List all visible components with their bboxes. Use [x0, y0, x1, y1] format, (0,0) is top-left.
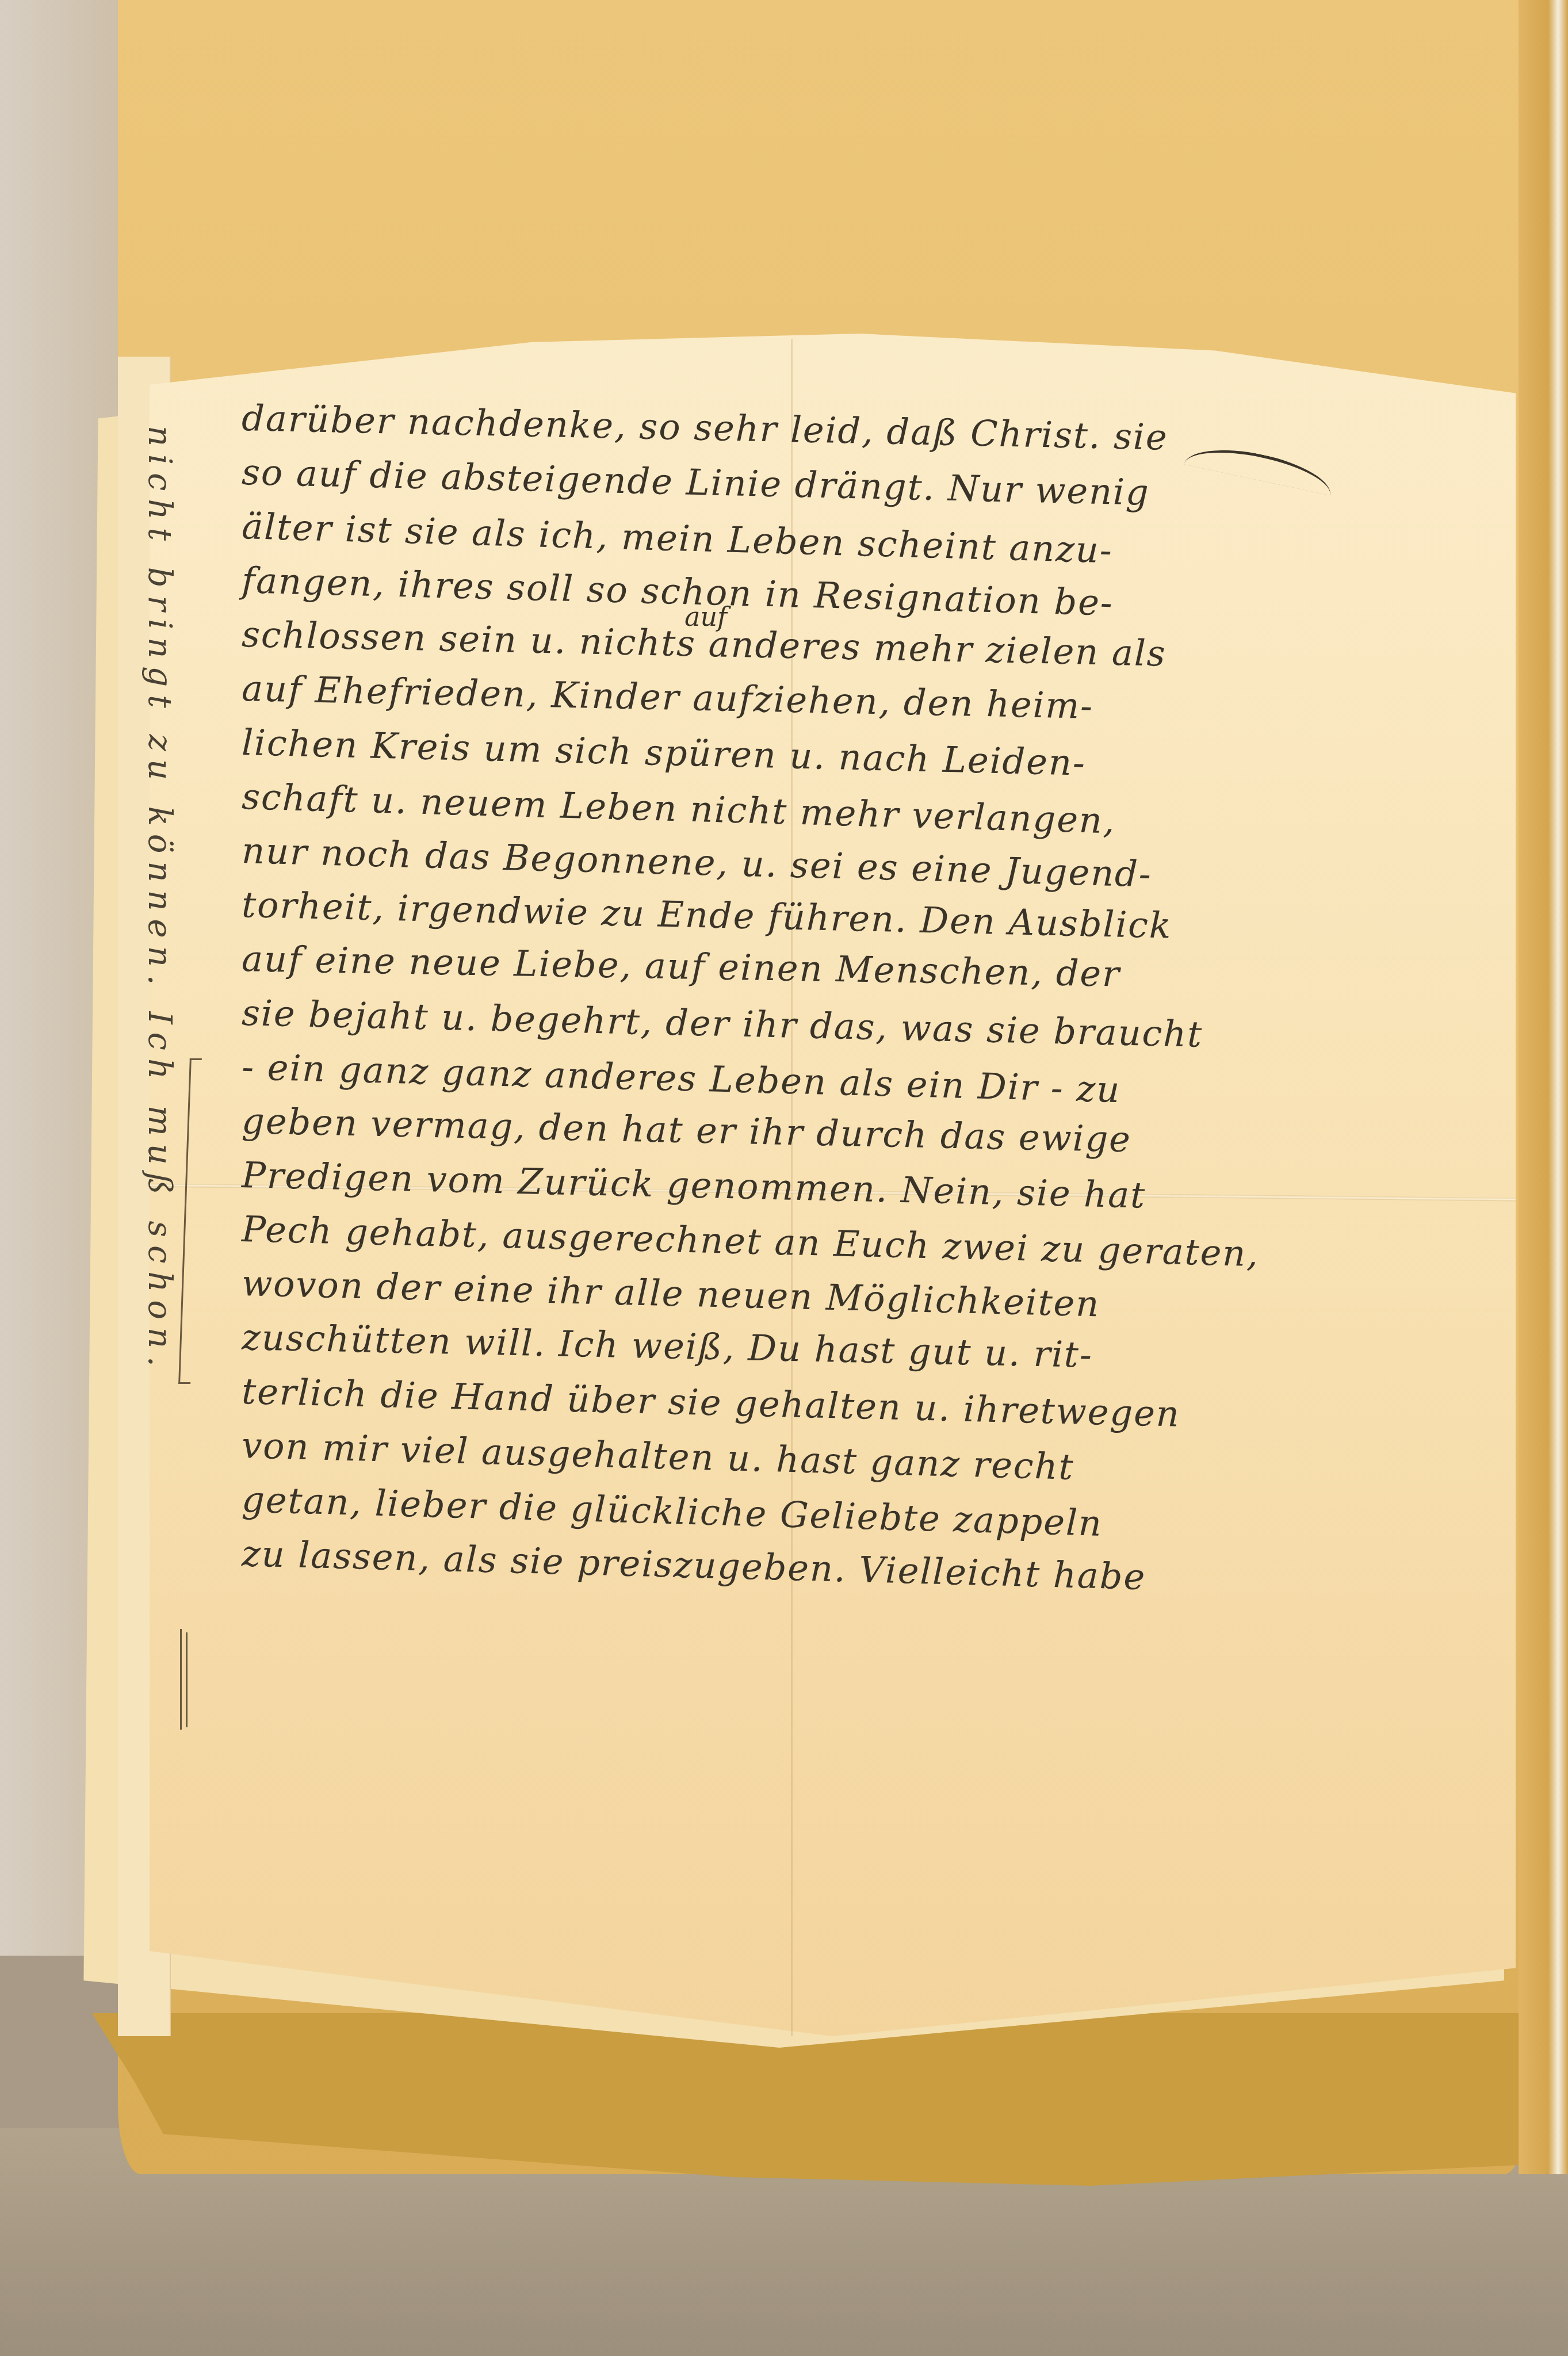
- margin-double-bar-mark: [186, 1632, 188, 1727]
- margin-note-vertical: nicht bringt zu können. Ich muß schon.: [141, 426, 178, 1375]
- margin-double-bar-mark: [180, 1629, 182, 1730]
- letter-body: darüber nachdenke, so sehr leid, daß Chr…: [242, 397, 1478, 1586]
- folder-edge-right: [1519, 0, 1568, 2174]
